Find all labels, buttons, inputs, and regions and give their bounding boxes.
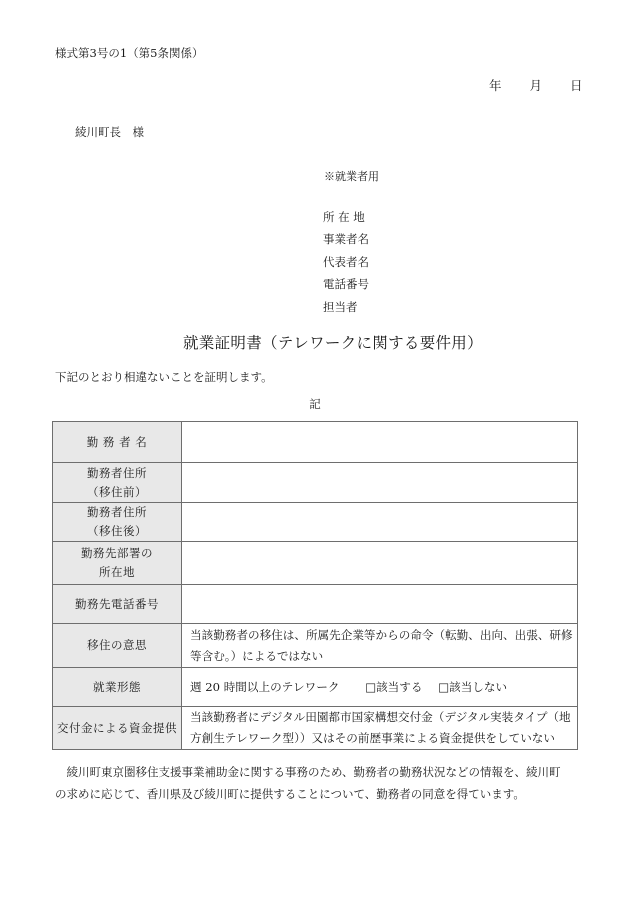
employment-certificate-table: 勤 務 者 名 勤務者住所 （移住前） 勤務者住所 （移住後） 勤務先部署の 所…: [52, 421, 578, 750]
worker-name-label: 勤 務 者 名: [53, 422, 182, 463]
document-title: 就業証明書（テレワークに関する要件用）: [183, 331, 483, 353]
employment-type-field: 週 20 時間以上のテレワーク □該当する □該当しない: [182, 668, 578, 707]
address-before-label: 勤務者住所 （移住前）: [53, 463, 182, 503]
employment-type-label: 就業形態: [53, 668, 182, 707]
table-row-subsidy-funding: 交付金による資金提供 当該勤務者にデジタル田園都市国家構想交付金（デジタル実装タ…: [53, 707, 578, 750]
company-address-label: 所 在 地: [323, 206, 369, 228]
consent-paragraph: 綾川町東京圏移住支援事業補助金に関する事務のため、勤務者の勤務状況などの情報を、…: [55, 761, 561, 805]
relocation-intent-text: 当該勤務者の移住は、所属先企業等からの命令（転勤、出向、出張、研修 等含む。）に…: [182, 624, 578, 668]
consent-line-1: 綾川町東京圏移住支援事業補助金に関する事務のため、勤務者の勤務状況などの情報を、…: [55, 761, 561, 783]
worker-name-field: [182, 422, 578, 463]
table-row-workplace-phone: 勤務先電話番号: [53, 585, 578, 624]
table-row-address-after: 勤務者住所 （移住後）: [53, 503, 578, 542]
form-number: 様式第3号の1（第5条関係）: [55, 45, 203, 61]
table-row-department-location: 勤務先部署の 所在地: [53, 542, 578, 585]
table-row-relocation-intent: 移住の意思 当該勤務者の移住は、所属先企業等からの命令（転勤、出向、出張、研修 …: [53, 624, 578, 668]
department-location-label: 勤務先部署の 所在地: [53, 542, 182, 585]
date-line: 年 月 日: [489, 76, 584, 94]
contact-person-label: 担当者: [323, 296, 369, 318]
ki-heading: 記: [0, 396, 630, 412]
worker-note: ※就業者用: [324, 168, 379, 184]
telework-requirement-text: 週 20 時間以上のテレワーク: [190, 680, 339, 694]
relocation-intent-label: 移住の意思: [53, 624, 182, 668]
address-after-field: [182, 503, 578, 542]
checkbox-applicable[interactable]: □該当する: [365, 680, 422, 694]
department-location-field: [182, 542, 578, 585]
representative-name-label: 代表者名: [323, 251, 369, 273]
table-row-employment-type: 就業形態 週 20 時間以上のテレワーク □該当する □該当しない: [53, 668, 578, 707]
document-page: 様式第3号の1（第5条関係） 年 月 日 綾川町長 様 ※就業者用 所 在 地 …: [0, 0, 630, 903]
address-after-label: 勤務者住所 （移住後）: [53, 503, 182, 542]
checkbox-not-applicable[interactable]: □該当しない: [438, 680, 507, 694]
table-row-address-before: 勤務者住所 （移住前）: [53, 463, 578, 503]
subsidy-funding-label: 交付金による資金提供: [53, 707, 182, 750]
phone-number-label: 電話番号: [323, 273, 369, 295]
address-before-field: [182, 463, 578, 503]
table-row-worker-name: 勤 務 者 名: [53, 422, 578, 463]
addressee: 綾川町長 様: [75, 124, 144, 140]
company-info-block: 所 在 地 事業者名 代表者名 電話番号 担当者: [323, 206, 369, 318]
workplace-phone-label: 勤務先電話番号: [53, 585, 182, 624]
certify-statement: 下記のとおり相違ないことを証明します。: [55, 369, 273, 385]
consent-line-2: の求めに応じて、香川県及び綾川町に提供することについて、勤務者の同意を得ています…: [55, 783, 561, 805]
workplace-phone-field: [182, 585, 578, 624]
subsidy-funding-text: 当該勤務者にデジタル田園都市国家構想交付金（デジタル実装タイプ（地 方創生テレワ…: [182, 707, 578, 750]
company-name-label: 事業者名: [323, 228, 369, 250]
